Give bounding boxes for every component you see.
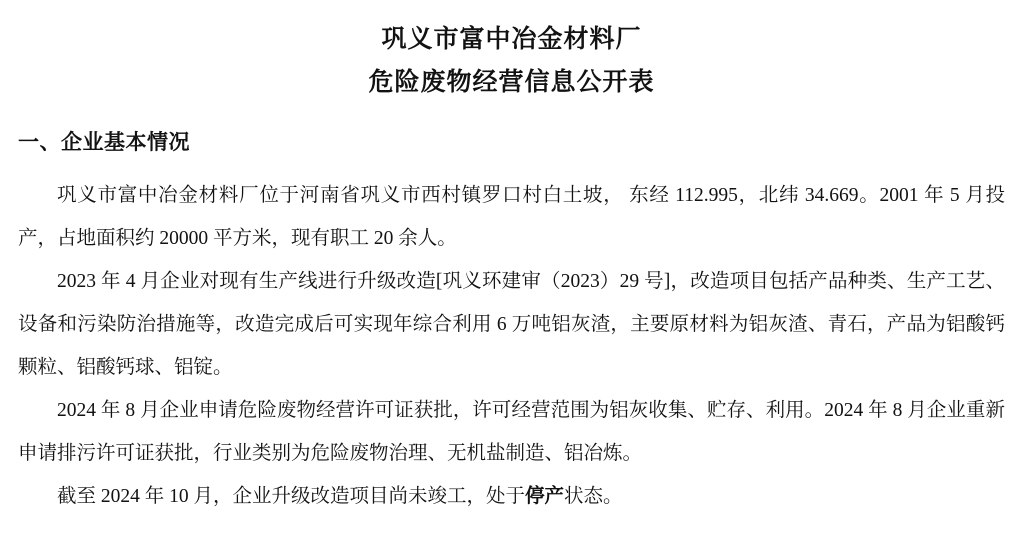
status-text-prefix: 截至 2024 年 10 月，企业升级改造项目尚未竣工，处于 xyxy=(57,486,525,507)
section-heading-basic-info: 一、企业基本情况 xyxy=(18,124,1005,160)
document-title: 巩义市富中冶金材料厂 危险废物经营信息公开表 xyxy=(18,18,1005,104)
status-keyword-shutdown: 停产 xyxy=(525,486,564,507)
paragraph-permits-2024: 2024 年 8 月企业申请危险废物经营许可证获批，许可经营范围为铝灰收集、贮存… xyxy=(18,389,1005,475)
paragraph-current-status: 截至 2024 年 10 月，企业升级改造项目尚未竣工，处于停产状态。 xyxy=(18,475,1005,518)
document-title-line2: 危险废物经营信息公开表 xyxy=(18,61,1005,104)
status-text-suffix: 状态。 xyxy=(564,486,623,507)
document-page: 巩义市富中冶金材料厂 危险废物经营信息公开表 一、企业基本情况 巩义市富中冶金材… xyxy=(0,0,1020,518)
document-body: 巩义市富中冶金材料厂位于河南省巩义市西村镇罗口村白土坡， 东经 112.995，… xyxy=(18,174,1005,518)
document-title-line1: 巩义市富中冶金材料厂 xyxy=(18,18,1005,61)
paragraph-upgrade-project-2023: 2023 年 4 月企业对现有生产线进行升级改造[巩义环建审（2023）29 号… xyxy=(18,260,1005,389)
paragraph-company-intro: 巩义市富中冶金材料厂位于河南省巩义市西村镇罗口村白土坡， 东经 112.995，… xyxy=(18,174,1005,260)
